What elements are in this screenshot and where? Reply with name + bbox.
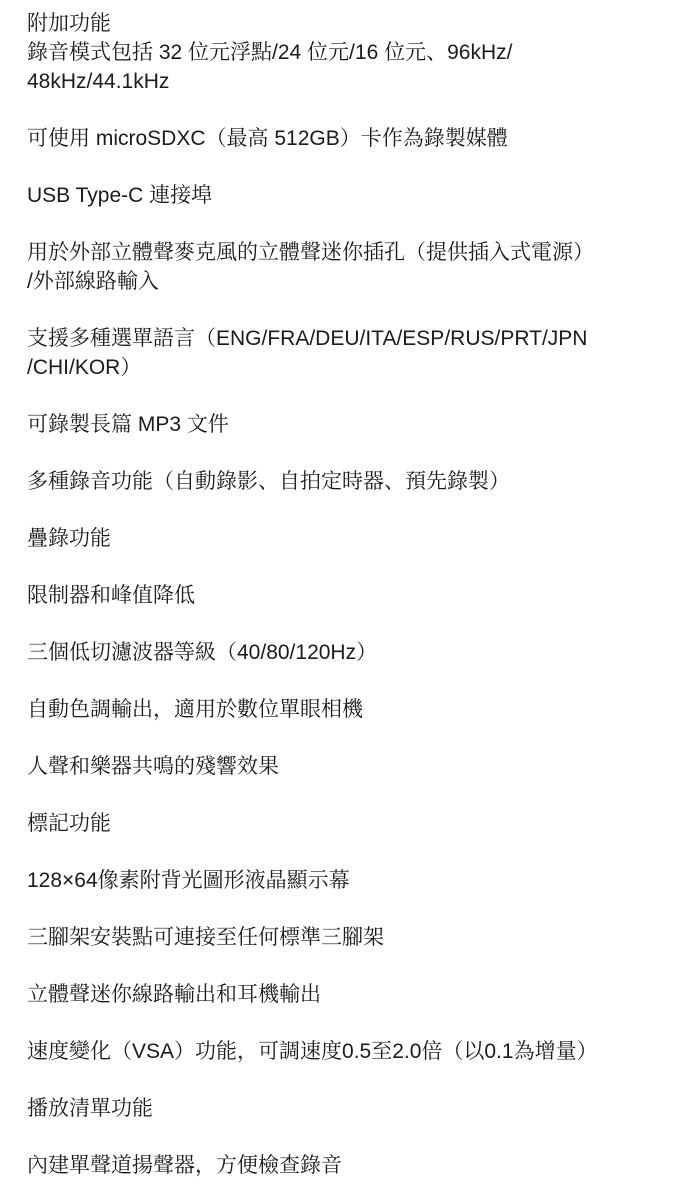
feature-item-recording-modes: 錄音模式包括 32 位元浮點/24 位元/16 位元、96kHz/ 48kHz/… (27, 38, 684, 96)
feature-item-lcd-display: 128×64像素附背光圖形液晶顯示幕 (27, 866, 684, 895)
feature-item-usb-type-c: USB Type-C 連接埠 (27, 181, 684, 210)
feature-item-external-mic-jack: 用於外部立體聲麥克風的立體聲迷你插孔（提供插入式電源） /外部線路輸入 (27, 238, 684, 296)
feature-item-overdub: 疊錄功能 (27, 524, 684, 553)
feature-item-mp3-recording: 可錄製長篇 MP3 文件 (27, 410, 684, 439)
feature-item-auto-tone-output: 自動色調輸出，適用於數位單眼相機 (27, 695, 684, 724)
feature-item-line-headphone-output: 立體聲迷你線路輸出和耳機輸出 (27, 980, 684, 1009)
feature-item-recording-functions: 多種錄音功能（自動錄影、自拍定時器、預先錄製） (27, 467, 684, 496)
feature-item-microsdxc: 可使用 microSDXC（最高 512GB）卡作為錄製媒體 (27, 124, 684, 153)
feature-item-mono-speaker: 內建單聲道揚聲器，方便檢查錄音 (27, 1151, 684, 1180)
feature-item-tripod-mount: 三腳架安裝點可連接至任何標準三腳架 (27, 923, 684, 952)
feature-item-marker-function: 標記功能 (27, 809, 684, 838)
feature-item-menu-languages: 支援多種選單語言（ENG/FRA/DEU/ITA/ESP/RUS/PRT/JPN… (27, 324, 684, 382)
feature-item-limiter-peak-reduction: 限制器和峰值降低 (27, 581, 684, 610)
feature-item-reverb-effect: 人聲和樂器共鳴的殘響效果 (27, 752, 684, 781)
feature-item-low-cut-filter: 三個低切濾波器等級（40/80/120Hz） (27, 638, 684, 667)
feature-item-playlist: 播放清單功能 (27, 1094, 684, 1123)
page-title: 附加功能 (27, 9, 684, 38)
feature-item-vsa-speed: 速度變化（VSA）功能，可調速度0.5至2.0倍（以0.1為增量） (27, 1037, 684, 1066)
feature-list-document: 附加功能 錄音模式包括 32 位元浮點/24 位元/16 位元、96kHz/ 4… (0, 0, 700, 1190)
